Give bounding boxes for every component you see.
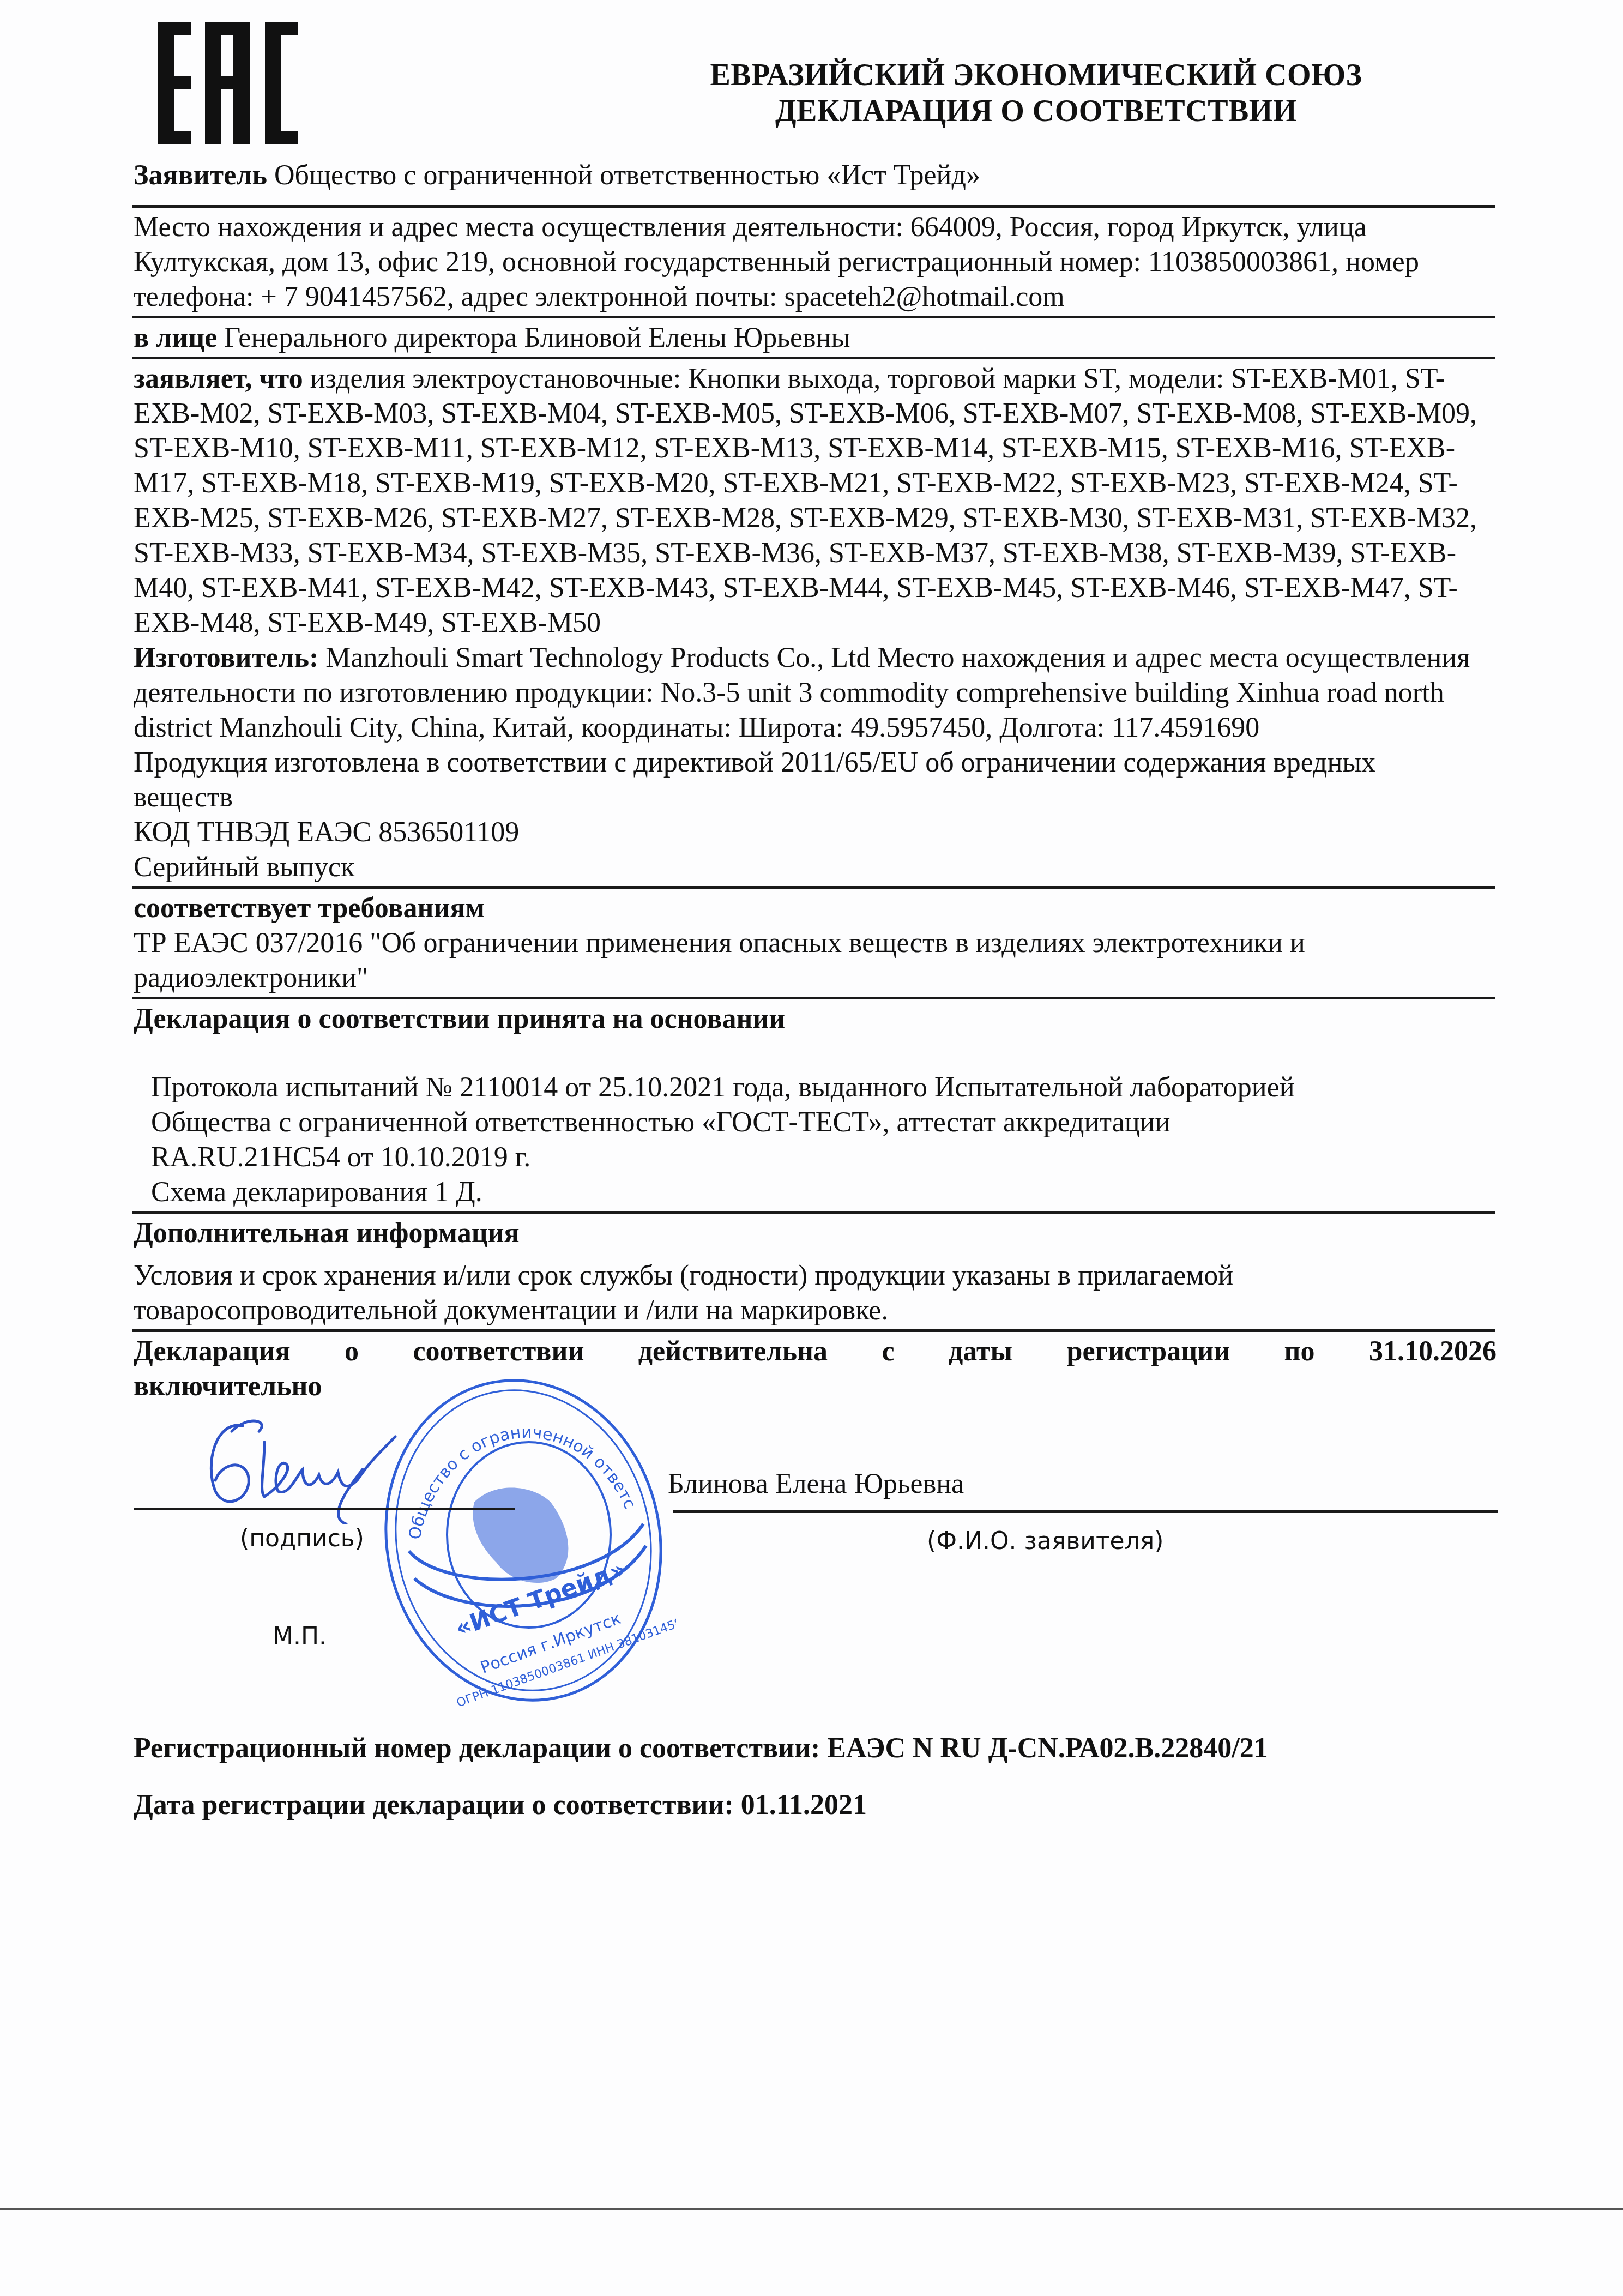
- basis-label: Декларация о соответствии принята на осн…: [134, 1002, 1497, 1036]
- divider: [132, 205, 1495, 208]
- directive-row: Продукция изготовлена в соответствии с д…: [134, 745, 1480, 815]
- address-row: Место нахождения и адрес места осуществл…: [134, 210, 1453, 315]
- validity-inclusive: включительно: [134, 1369, 1497, 1404]
- additional-label: Дополнительная информация: [134, 1216, 1497, 1251]
- represented-by-row: в лице Генерального директора Блиновой Е…: [134, 321, 1497, 355]
- validity-date: 31.10.2026: [1369, 1334, 1497, 1369]
- signature-caption: (подпись): [240, 1521, 364, 1556]
- divider: [132, 316, 1495, 318]
- signature-line: [134, 1508, 515, 1510]
- registration-number: Регистрационный номер декларации о соотв…: [134, 1731, 1497, 1766]
- applicant-label: Заявитель: [134, 160, 267, 191]
- divider: [132, 997, 1495, 999]
- manufacturer-value: Manzhouli Smart Technology Products Co.,…: [134, 642, 1470, 743]
- represented-by-label: в лице: [134, 322, 217, 353]
- release-type: Серийный выпуск: [134, 850, 1497, 885]
- validity-word: о: [345, 1334, 359, 1369]
- signature-block: Общество с ограниченной ответственностью…: [134, 1404, 1497, 1709]
- basis-scheme: Схема декларирования 1 Д.: [134, 1175, 1497, 1210]
- union-title: ЕВРАЗИЙСКИЙ ЭКОНОМИЧЕСКИЙ СОЮЗ: [655, 57, 1418, 93]
- requirements-value: ТР ЕАЭС 037/2016 "Об ограничении примене…: [134, 926, 1486, 996]
- applicant-full-name: Блинова Елена Юрьевна: [668, 1467, 964, 1502]
- additional-value: Условия и срок хранения и/или срок служб…: [134, 1258, 1278, 1328]
- validity-word: Декларация: [134, 1334, 291, 1369]
- declaration-body: Заявитель Общество с ограниченной ответс…: [134, 158, 1497, 1823]
- registration-date-value: 01.11.2021: [741, 1789, 867, 1821]
- name-line: [673, 1510, 1498, 1513]
- manufacturer-row: Изготовитель: Manzhouli Smart Technology…: [134, 641, 1480, 745]
- registration-date: Дата регистрации декларации о соответств…: [134, 1788, 1497, 1823]
- declares-row: заявляет, что изделия электроустановочны…: [134, 361, 1480, 641]
- validity-word: регистрации: [1067, 1334, 1230, 1369]
- represented-by-value: Генерального директора Блиновой Елены Юр…: [224, 322, 850, 353]
- divider: [132, 1329, 1495, 1332]
- divider: [132, 886, 1495, 889]
- seal-place-label: М.П.: [273, 1619, 327, 1654]
- validity-word: по: [1284, 1334, 1315, 1369]
- validity-word: даты: [949, 1334, 1012, 1369]
- registration-date-label: Дата регистрации декларации о соответств…: [134, 1789, 734, 1821]
- tnved-code: КОД ТНВЭД ЕАЭС 8536501109: [134, 815, 1497, 850]
- company-seal: Общество с ограниченной ответственностью…: [371, 1360, 676, 1709]
- divider: [132, 357, 1495, 359]
- applicant-row: Заявитель Общество с ограниченной ответс…: [134, 158, 1497, 193]
- scan-edge-line: [0, 2208, 1623, 2210]
- divider: [132, 1211, 1495, 1214]
- declares-label: заявляет, что: [134, 363, 303, 394]
- validity-line: Декларация о соответствии действительна …: [134, 1334, 1497, 1369]
- registration-number-label: Регистрационный номер декларации о соотв…: [134, 1733, 820, 1764]
- manufacturer-label: Изготовитель:: [134, 642, 318, 673]
- document-title: ДЕКЛАРАЦИЯ О СООТВЕТСТВИИ: [655, 93, 1418, 129]
- declares-value: изделия электроустановочные: Кнопки выхо…: [134, 363, 1477, 638]
- name-caption: (Ф.И.О. заявителя): [927, 1524, 1163, 1559]
- validity-word: с: [882, 1334, 894, 1369]
- applicant-value: Общество с ограниченной ответственностью…: [274, 160, 980, 191]
- requirements-label: соответствует требованиям: [134, 891, 1497, 926]
- registration-number-value: ЕАЭС N RU Д-CN.РА02.В.22840/21: [827, 1733, 1268, 1764]
- basis-protocol: Протокола испытаний № 2110014 от 25.10.2…: [134, 1070, 1350, 1175]
- declaration-page: ЕВРАЗИЙСКИЙ ЭКОНОМИЧЕСКИЙ СОЮЗ ДЕКЛАРАЦИ…: [0, 0, 1623, 2296]
- document-header: ЕВРАЗИЙСКИЙ ЭКОНОМИЧЕСКИЙ СОЮЗ ДЕКЛАРАЦИ…: [0, 57, 1623, 129]
